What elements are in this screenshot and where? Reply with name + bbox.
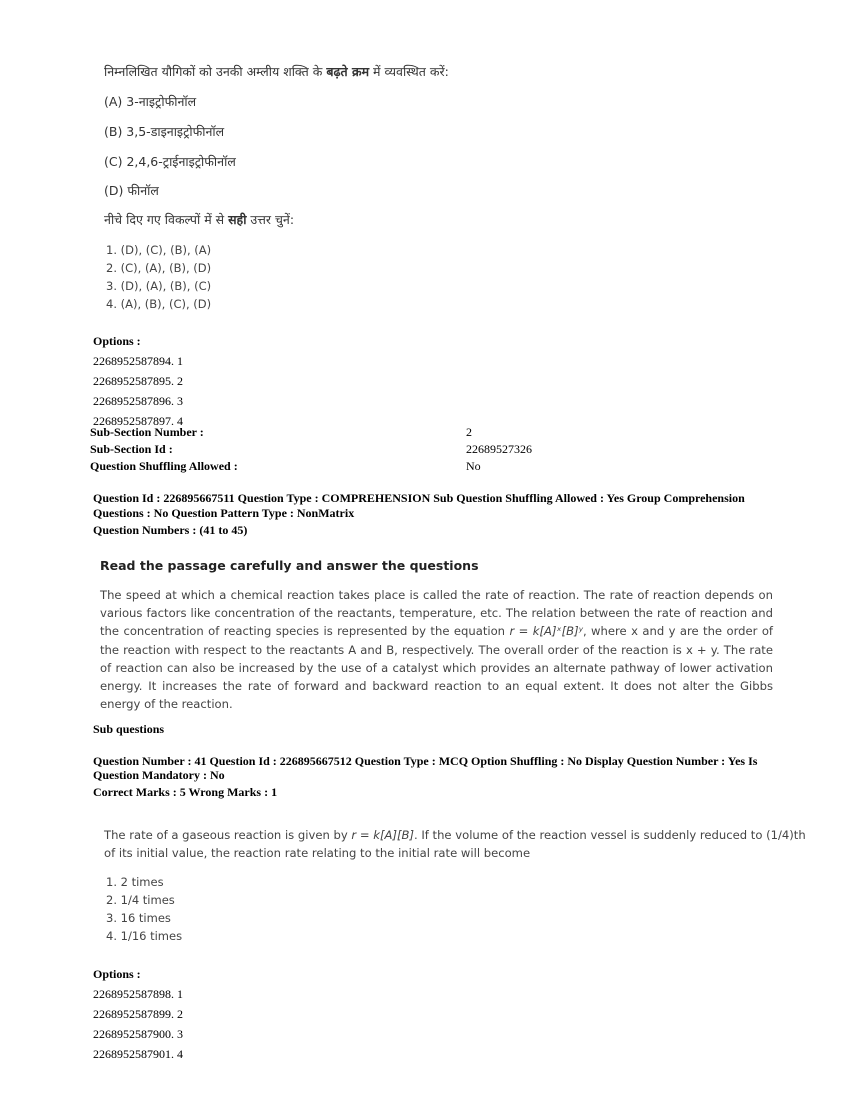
passage-body: The speed at which a chemical reaction t… [100,586,773,713]
question41-equation: r = k[A][B] [351,828,414,842]
instruction-text: नीचे दिए गए विकल्पों में से [104,212,228,227]
question41-text: The rate of a gaseous reaction is given … [104,826,806,862]
rate-equation: r = k[A]ˣ[B]ʸ [509,624,582,638]
q41-choice-4: 4. 1/16 times [106,929,182,943]
q41-option-id-1: 2268952587898. 1 [93,986,183,1003]
compound-a: (A) 3-नाइट्रोफीनॉल [104,93,196,110]
choice-3: 3. (D), (A), (B), (C) [106,279,211,293]
question-numbers: Question Numbers : (41 to 45) [93,523,773,538]
shuffling-label: Question Shuffling Allowed : [90,458,466,475]
subsection-number-label: Sub-Section Number : [90,424,466,441]
comprehension-header: Question Id : 226895667511 Question Type… [93,491,773,538]
choice-2: 2. (C), (A), (B), (D) [106,261,211,275]
subsection-number-value: 2 [466,424,472,441]
question41-text-start: The rate of a gaseous reaction is given … [104,828,351,842]
option-id-3: 2268952587896. 3 [93,393,183,410]
compound-c: (C) 2,4,6-ट्राईनाइट्रोफीनॉल [104,153,236,170]
question41-text-line2: of its initial value, the reaction rate … [104,844,806,862]
comprehension-header-line1: Question Id : 226895667511 Question Type… [93,491,773,506]
subsection-row: Sub-Section Number : 2 [90,424,532,441]
choice-1: 1. (D), (C), (B), (A) [106,243,211,257]
q41-option-id-4: 2268952587901. 4 [93,1046,183,1063]
subsection-info: Sub-Section Number : 2 Sub-Section Id : … [90,424,532,475]
question-prompt: निम्नलिखित यौगिकों को उनकी अम्लीय शक्ति … [104,63,449,80]
question41-header-line2: Question Mandatory : No [93,768,773,782]
question41-header-line1: Question Number : 41 Question Id : 22689… [93,754,773,768]
instruction-text-end: उत्तर चुनें: [246,212,294,227]
q41-choice-3: 3. 16 times [106,911,171,925]
question41-text-rest: . If the volume of the reaction vessel i… [414,828,806,842]
q41-options-list: Options : 2268952587898. 1 2268952587899… [93,966,183,1063]
option-id-2: 2268952587895. 2 [93,373,183,390]
subsection-row: Question Shuffling Allowed : No [90,458,532,475]
prompt-text: निम्नलिखित यौगिकों को उनकी अम्लीय शक्ति … [104,64,326,79]
comprehension-header-line2: Questions : No Question Pattern Type : N… [93,506,773,521]
question41-header: Question Number : 41 Question Id : 22689… [93,754,773,799]
shuffling-value: No [466,458,481,475]
q41-option-id-3: 2268952587900. 3 [93,1026,183,1043]
passage-title: Read the passage carefully and answer th… [100,558,479,573]
options-list: Options : 2268952587894. 1 2268952587895… [93,333,183,430]
choice-4: 4. (A), (B), (C), (D) [106,297,211,311]
subsection-id-value: 22689527326 [466,441,532,458]
option-id-1: 2268952587894. 1 [93,353,183,370]
prompt-text-end: में व्यवस्थित करें: [369,64,449,79]
q41-choice-2: 2. 1/4 times [106,893,175,907]
compound-d: (D) फीनॉल [104,182,159,199]
prompt-emphasis: बढ़ते क्रम [326,64,369,79]
instruction-emphasis: सही [228,212,246,227]
options-label: Options : [93,333,183,350]
q41-options-label: Options : [93,966,183,983]
subsection-id-label: Sub-Section Id : [90,441,466,458]
subsection-row: Sub-Section Id : 22689527326 [90,441,532,458]
compound-b: (B) 3,5-डाइनाइट्रोफीनॉल [104,123,224,140]
answer-instruction: नीचे दिए गए विकल्पों में से सही उत्तर चु… [104,211,294,228]
sub-questions-label: Sub questions [93,721,164,738]
q41-option-id-2: 2268952587899. 2 [93,1006,183,1023]
question41-marks: Correct Marks : 5 Wrong Marks : 1 [93,785,773,799]
q41-choice-1: 1. 2 times [106,875,164,889]
